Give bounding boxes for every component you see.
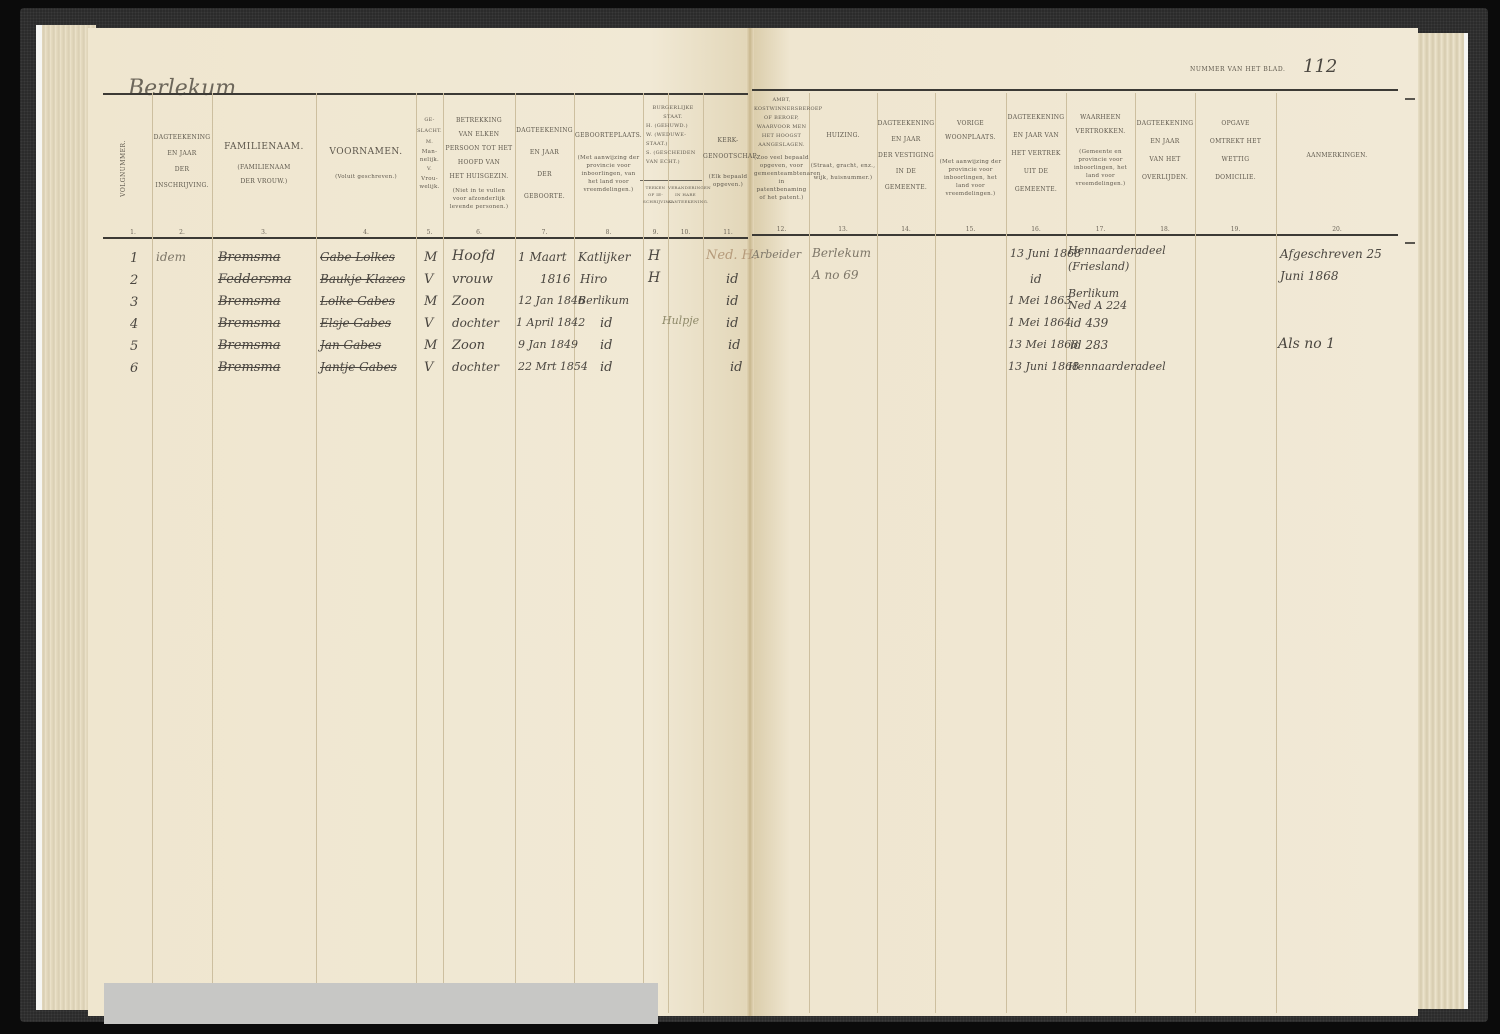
column-number: 9. bbox=[643, 229, 668, 236]
header-geboorte: DAGTEEKENING EN JAAR DER GEBOORTE. bbox=[515, 125, 574, 203]
cell-familienaam: Feddersma bbox=[218, 272, 291, 287]
header-line: OF BEROEP, bbox=[754, 114, 809, 123]
header-vertrek: DAGTEEKENING EN JAAR VAN HET VERTREK UIT… bbox=[1006, 112, 1066, 196]
header-volgnummer: VOLGNUMMER. bbox=[120, 140, 127, 197]
header-line: (Gemeente en provincie voor inboorlingen… bbox=[1066, 148, 1135, 188]
cell-volgnummer: 4 bbox=[130, 317, 138, 332]
header-line: V. bbox=[416, 164, 443, 175]
margin-tick bbox=[1405, 98, 1415, 100]
column-number: 11. bbox=[703, 229, 753, 236]
cell-geboorte: 1816 bbox=[540, 272, 571, 286]
header-line: M. bbox=[416, 137, 443, 148]
cell-kerk: id bbox=[726, 294, 738, 309]
cell-volgnummer: 1 bbox=[130, 251, 138, 266]
cell-volgnummer: 5 bbox=[130, 339, 138, 354]
header-line: DER VROUW.) bbox=[212, 176, 316, 188]
cell-betrekking: Zoon bbox=[452, 294, 485, 309]
header-line: VERTROKKEN. bbox=[1066, 126, 1135, 138]
cell-geslacht: V bbox=[424, 316, 433, 331]
header-line: DAGTEEKENING bbox=[152, 132, 212, 144]
header-line: VAN ELKEN bbox=[443, 129, 515, 141]
header-line: DER bbox=[152, 164, 212, 176]
header-beroep: AMBT, KOSTWINNERSBEROEP OF BEROEP, WAARV… bbox=[754, 96, 809, 202]
cell-familienaam: Bremsma bbox=[218, 360, 281, 375]
column-number: 15. bbox=[935, 226, 1006, 233]
header-line: DER VESTIGING bbox=[877, 150, 935, 162]
header-line: DAGTEEKENING bbox=[515, 125, 574, 137]
header-domicilie: OPGAVE OMTREKT HET WETTIG DOMICILIE. bbox=[1195, 118, 1276, 184]
column-number: 7. bbox=[515, 229, 574, 236]
header-line: HET HOOGST bbox=[754, 132, 809, 141]
cell-familienaam: Bremsma bbox=[218, 250, 281, 265]
header-waarheen: WAARHEEN VERTROKKEN. (Gemeente en provin… bbox=[1066, 112, 1135, 188]
header-line: EN JAAR bbox=[1135, 136, 1195, 148]
header-line: (Elk bepaald opgeven.) bbox=[703, 173, 753, 189]
page-title-handwritten: Berlekum bbox=[128, 76, 236, 101]
cell-volgnummer: 6 bbox=[130, 361, 138, 376]
cell-vertrek-datum: id bbox=[1030, 272, 1042, 286]
column-number: 6. bbox=[443, 229, 515, 236]
cell-betrekking: vrouw bbox=[452, 272, 493, 287]
header-line: STAAT. bbox=[643, 113, 703, 122]
cell-geboorte: 12 Jan 1846 bbox=[518, 294, 585, 307]
header-line: OPGAVE bbox=[1195, 118, 1276, 130]
header-line: welijk. bbox=[416, 183, 443, 191]
header-line: VAN HET bbox=[1135, 154, 1195, 166]
header-line: EN JAAR VAN bbox=[1006, 130, 1066, 142]
header-line: FAMILIENAAM. bbox=[212, 140, 316, 154]
cell-aanmerkingen: Als no 1 bbox=[1278, 336, 1335, 352]
header-line: SLACHT. bbox=[416, 126, 443, 137]
header-line: INSCHRIJVING. bbox=[152, 180, 212, 192]
cell-vertrek-datum: 1 Mei 1863 bbox=[1008, 294, 1071, 307]
header-line: EN JAAR bbox=[877, 134, 935, 146]
header-top-rule-right bbox=[752, 89, 1398, 91]
header-geboorteplaats: GEBOORTEPLAATS. (Met aanwijzing der prov… bbox=[574, 130, 643, 194]
header-betrekking: BETREKKING VAN ELKEN PERSOON TOT HET HOO… bbox=[443, 115, 515, 211]
header-line: HET HUISGEZIN. bbox=[443, 171, 515, 183]
cell-waarheen: id 283 bbox=[1070, 338, 1108, 352]
cell-geslacht: M bbox=[424, 338, 437, 353]
header-line: S. (GESCHEIDEN VAN ECHT.) bbox=[643, 149, 703, 167]
header-line: (FAMILIENAAM bbox=[212, 162, 316, 174]
header-vorige-woonplaats: VORIGE WOONPLAATS. (Met aanwijzing der p… bbox=[935, 118, 1006, 198]
header-line: nelijk. bbox=[416, 156, 443, 164]
cell-geslacht: V bbox=[424, 360, 433, 375]
cell-betrekking: Zoon bbox=[452, 338, 485, 353]
cell-kerk: id bbox=[730, 360, 742, 375]
header-line: (Zoo veel bepaald opgeven, voor gemeente… bbox=[754, 154, 809, 202]
header-line: GENOOTSCHAP. bbox=[703, 151, 753, 163]
cell-geboorteplaats: id bbox=[600, 338, 612, 353]
header-line: GEMEENTE. bbox=[877, 182, 935, 194]
header-aanmerkingen: AANMERKINGEN. bbox=[1276, 150, 1398, 162]
header-voornamen: VOORNAMEN. (Voluit geschreven.) bbox=[316, 145, 416, 181]
cell-staat: H bbox=[648, 270, 660, 286]
cell-volgnummer: 3 bbox=[130, 295, 138, 310]
header-line: Man- bbox=[416, 148, 443, 156]
column-number: 13. bbox=[809, 226, 877, 233]
header-bottom-rule-left bbox=[103, 237, 748, 239]
column-number: 8. bbox=[574, 229, 643, 236]
column-number: 14. bbox=[877, 226, 935, 233]
header-line: DAGTEEKENING bbox=[877, 118, 935, 130]
header-line: WOONPLAATS. bbox=[935, 132, 1006, 144]
header-line: WAARHEEN bbox=[1066, 112, 1135, 124]
header-line: W. (WEDUWE-STAAT.) bbox=[643, 131, 703, 149]
header-teeken: TEEKEN OF IE-SCHRIJVING. bbox=[643, 184, 668, 205]
header-line: DAGTEEKENING bbox=[1135, 118, 1195, 130]
header-line: UIT DE bbox=[1006, 166, 1066, 178]
column-number: 1. bbox=[118, 229, 148, 236]
cell-beroep: Arbeider bbox=[752, 248, 801, 261]
column-number: 3. bbox=[212, 229, 316, 236]
cell-beroep-note: Hulpje bbox=[662, 314, 699, 327]
cell-geboorteplaats: Katlijker bbox=[578, 250, 630, 264]
cell-betrekking: dochter bbox=[452, 316, 499, 330]
cell-geboorte: 1 April 1842 bbox=[516, 316, 585, 329]
cell-inschrijving: idem bbox=[156, 250, 186, 264]
margin-tick bbox=[1405, 242, 1415, 244]
page-stack-right bbox=[1418, 33, 1468, 1009]
cell-kerk: id bbox=[726, 272, 738, 287]
cell-waarheen: Hennaarderadeel bbox=[1068, 360, 1166, 373]
header-line: PERSOON TOT HET bbox=[443, 143, 515, 155]
column-number: 17. bbox=[1066, 226, 1135, 233]
header-line: VORIGE bbox=[935, 118, 1006, 130]
header-line: KERK- bbox=[703, 135, 753, 147]
header-vestiging: DAGTEEKENING EN JAAR DER VESTIGING IN DE… bbox=[877, 118, 935, 194]
cell-geboorteplaats: Hiro bbox=[580, 272, 607, 286]
header-kerkgenootschap: KERK- GENOOTSCHAP. (Elk bepaald opgeven.… bbox=[703, 135, 753, 189]
header-line: BURGERLIJKE bbox=[643, 104, 703, 113]
cell-kerk: id bbox=[726, 316, 738, 331]
header-line: (Voluit geschreven.) bbox=[316, 173, 416, 181]
header-line: (Met aanwijzing der provincie voor inboo… bbox=[935, 158, 1006, 198]
cell-aanmerkingen: Afgeschreven 25 Juni 1868 bbox=[1280, 243, 1390, 287]
header-line: GEBOORTEPLAATS. bbox=[574, 130, 643, 142]
cell-geslacht: V bbox=[424, 272, 433, 287]
header-line: HET VERTREK bbox=[1006, 148, 1066, 160]
cell-huizing: Berlekum A no 69 bbox=[812, 242, 882, 286]
header-veranderingen: VERANDERINGEN IN HARE AANTEEKENING. bbox=[668, 184, 703, 205]
sheet-number-label: NUMMER VAN HET BLAD. bbox=[1190, 66, 1286, 73]
header-line: DOMICILIE. bbox=[1195, 172, 1276, 184]
column-number: 19. bbox=[1195, 226, 1276, 233]
cell-betrekking: dochter bbox=[452, 360, 499, 374]
header-line: GE- bbox=[416, 115, 443, 126]
header-line: GEMEENTE. bbox=[1006, 184, 1066, 196]
cell-geboorte: 9 Jan 1849 bbox=[518, 338, 578, 351]
header-inschrijving: DAGTEEKENING EN JAAR DER INSCHRIJVING. bbox=[152, 132, 212, 192]
column-number: 10. bbox=[668, 229, 703, 236]
header-line: OMTREKT HET bbox=[1195, 136, 1276, 148]
header-line: WETTIG bbox=[1195, 154, 1276, 166]
cell-geboorteplaats: id bbox=[600, 316, 612, 331]
cell-voornamen: Baukje Klazes bbox=[320, 272, 405, 286]
column-number: 2. bbox=[152, 229, 212, 236]
header-top-rule-left bbox=[103, 93, 748, 95]
header-line: OVERLIJDEN. bbox=[1135, 172, 1195, 184]
header-line: BETREKKING bbox=[443, 115, 515, 127]
header-line: AMBT, bbox=[754, 96, 809, 105]
cell-waarheen: Berlikum Ned A 224 bbox=[1068, 288, 1138, 312]
cell-kerk: id bbox=[728, 338, 740, 353]
header-bottom-rule-right bbox=[752, 234, 1398, 236]
column-number: 12. bbox=[754, 226, 809, 233]
cell-voornamen: Elsje Gabes bbox=[320, 316, 391, 330]
cell-geboorte: 22 Mrt 1854 bbox=[518, 360, 588, 373]
col9-10-divider bbox=[640, 180, 702, 181]
column-number: 16. bbox=[1006, 226, 1066, 233]
header-burgerlijke-staat: BURGERLIJKE STAAT. H. (GEHUWD.) W. (WEDU… bbox=[643, 104, 703, 167]
header-line: IN DE bbox=[877, 166, 935, 178]
header-line: (Straat, gracht, enz., bbox=[809, 162, 877, 170]
column-number: 20. bbox=[1276, 226, 1398, 233]
cell-volgnummer: 2 bbox=[130, 273, 138, 288]
header-line: AANGESLAGEN. bbox=[754, 141, 809, 150]
cell-vertrek-datum: 1 Mei 1864 bbox=[1008, 316, 1071, 329]
header-line: HUIZING. bbox=[809, 130, 877, 142]
header-line: wijk, huisnummer.) bbox=[809, 174, 877, 182]
cell-kerk: Ned. H. bbox=[706, 248, 757, 263]
header-line: WAARVOOR MEN bbox=[754, 123, 809, 132]
header-line: H. (GEHUWD.) bbox=[643, 122, 703, 131]
cell-geboorteplaats: Berlikum bbox=[578, 294, 629, 307]
cell-geboorte: 1 Maart bbox=[518, 250, 567, 264]
header-line: (Met aanwijzing der provincie voor inboo… bbox=[574, 154, 643, 194]
header-line: Vrou- bbox=[416, 175, 443, 183]
header-line: EN JAAR bbox=[152, 148, 212, 160]
cell-geslacht: M bbox=[424, 250, 437, 265]
cell-familienaam: Bremsma bbox=[218, 294, 281, 309]
column-number: 5. bbox=[416, 229, 443, 236]
header-huizing: HUIZING. (Straat, gracht, enz., wijk, hu… bbox=[809, 130, 877, 182]
header-line: VOORNAMEN. bbox=[316, 145, 416, 159]
cell-voornamen: Gabe Lolkes bbox=[320, 250, 395, 264]
cell-familienaam: Bremsma bbox=[218, 316, 281, 331]
cell-waarheen: Hennaarderadeel (Friesland) bbox=[1068, 243, 1138, 275]
cell-vertrek-datum: 13 Mei 1868 bbox=[1008, 338, 1078, 351]
archive-label-strip bbox=[104, 983, 658, 1024]
cell-voornamen: Lolke Gabes bbox=[320, 294, 395, 308]
header-familienaam: FAMILIENAAM. (FAMILIENAAM DER VROUW.) bbox=[212, 140, 316, 188]
column-number: 18. bbox=[1135, 226, 1195, 233]
cell-voornamen: Jantje Gabes bbox=[320, 360, 397, 374]
cell-geboorteplaats: id bbox=[600, 360, 612, 375]
cell-familienaam: Bremsma bbox=[218, 338, 281, 353]
header-line: EN JAAR bbox=[515, 147, 574, 159]
column-number: 4. bbox=[316, 229, 416, 236]
header-line: DER bbox=[515, 169, 574, 181]
header-line: KOSTWINNERSBEROEP bbox=[754, 105, 809, 114]
page-stack-left bbox=[36, 25, 96, 1010]
sheet-number: 112 bbox=[1303, 56, 1337, 77]
cell-betrekking: Hoofd bbox=[452, 248, 495, 264]
header-line: HOOFD VAN bbox=[443, 157, 515, 169]
header-line: GEBOORTE. bbox=[515, 191, 574, 203]
cell-staat: H bbox=[648, 248, 660, 264]
cell-waarheen: id 439 bbox=[1070, 316, 1108, 330]
header-overlijden: DAGTEEKENING EN JAAR VAN HET OVERLIJDEN. bbox=[1135, 118, 1195, 184]
header-geslacht: GE- SLACHT. M. Man- nelijk. V. Vrou- wel… bbox=[416, 115, 443, 191]
header-line: (Niet in te vullen voor afzonderlijk lev… bbox=[443, 187, 515, 211]
cell-geslacht: M bbox=[424, 294, 437, 309]
cell-voornamen: Jan Gabes bbox=[320, 338, 381, 352]
header-line: DAGTEEKENING bbox=[1006, 112, 1066, 124]
